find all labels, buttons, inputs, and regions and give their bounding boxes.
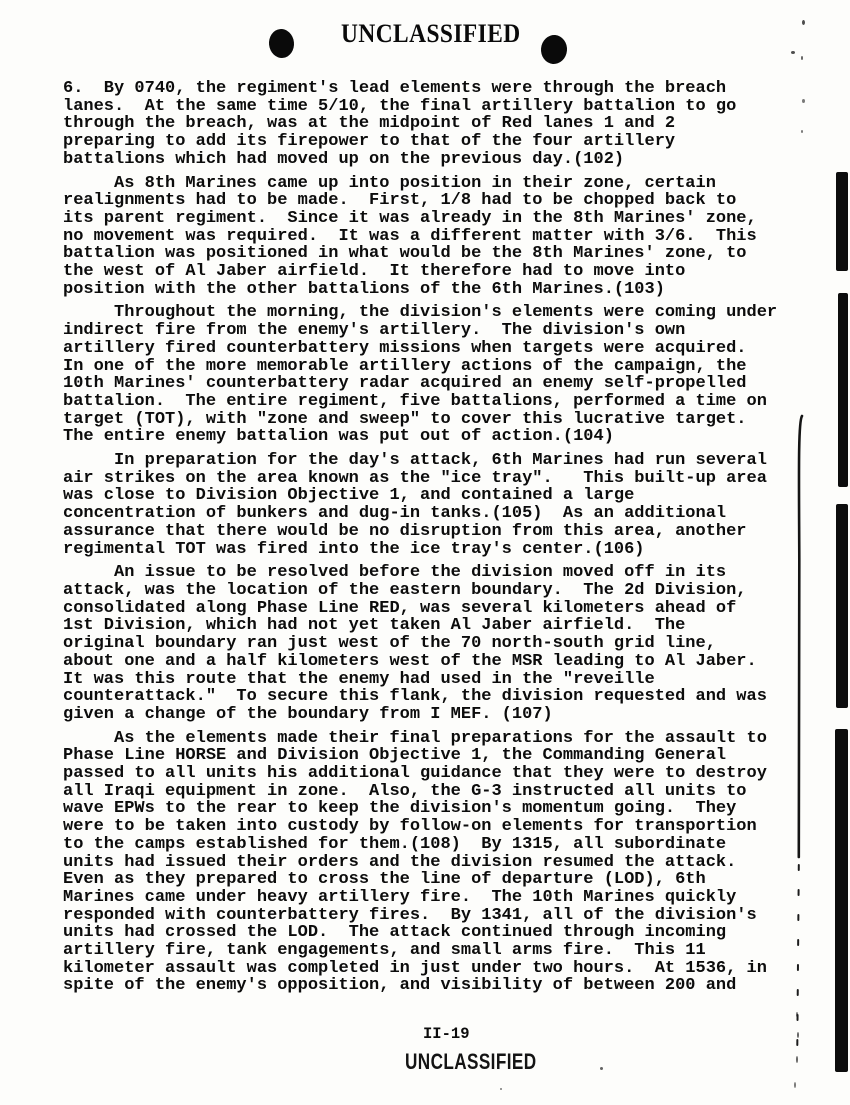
scan-speck <box>802 20 805 25</box>
scan-speck <box>801 56 803 60</box>
paragraph-counterbattery-missions: Throughout the morning, the division's e… <box>63 304 777 446</box>
scan-speck <box>796 1056 798 1063</box>
scan-speck <box>500 1088 502 1090</box>
paragraph-8th-marines-realignments: As 8th Marines came up into position in … <box>63 175 777 299</box>
header-classification-label: UNCLASSIFIED <box>341 19 521 49</box>
paragraph-eastern-boundary: An issue to be resolved before the divis… <box>63 564 777 723</box>
scan-speck <box>796 1012 798 1017</box>
page-number: II-19 <box>423 1025 470 1043</box>
scan-speck <box>797 1032 799 1038</box>
scan-speck <box>794 1082 796 1088</box>
document-body: 6. By 0740, the regiment's lead elements… <box>63 80 777 1001</box>
scan-binding-bar-4 <box>835 729 848 1072</box>
classification-stamp-dot-left-icon <box>268 28 296 59</box>
scan-speck <box>600 1067 603 1070</box>
scan-binding-bar-3 <box>836 504 848 708</box>
scan-binding-bar-2 <box>838 293 848 487</box>
classification-stamp-dot-right-icon <box>540 34 568 65</box>
scan-speck <box>801 130 803 133</box>
margin-pen-mark <box>790 410 808 1070</box>
scan-speck <box>802 99 805 103</box>
footer-classification-label: UNCLASSIFIED <box>405 1049 536 1075</box>
paragraph-6-breach-lanes: 6. By 0740, the regiment's lead elements… <box>63 80 777 169</box>
scan-binding-bar-1 <box>836 172 848 271</box>
scan-speck <box>791 51 795 54</box>
scanned-document-page: UNCLASSIFIED 6. By 0740, the regiment's … <box>0 0 850 1105</box>
paragraph-ice-tray-strikes: In preparation for the day's attack, 6th… <box>63 452 777 558</box>
paragraph-final-preparations-assault: As the elements made their final prepara… <box>63 730 777 996</box>
